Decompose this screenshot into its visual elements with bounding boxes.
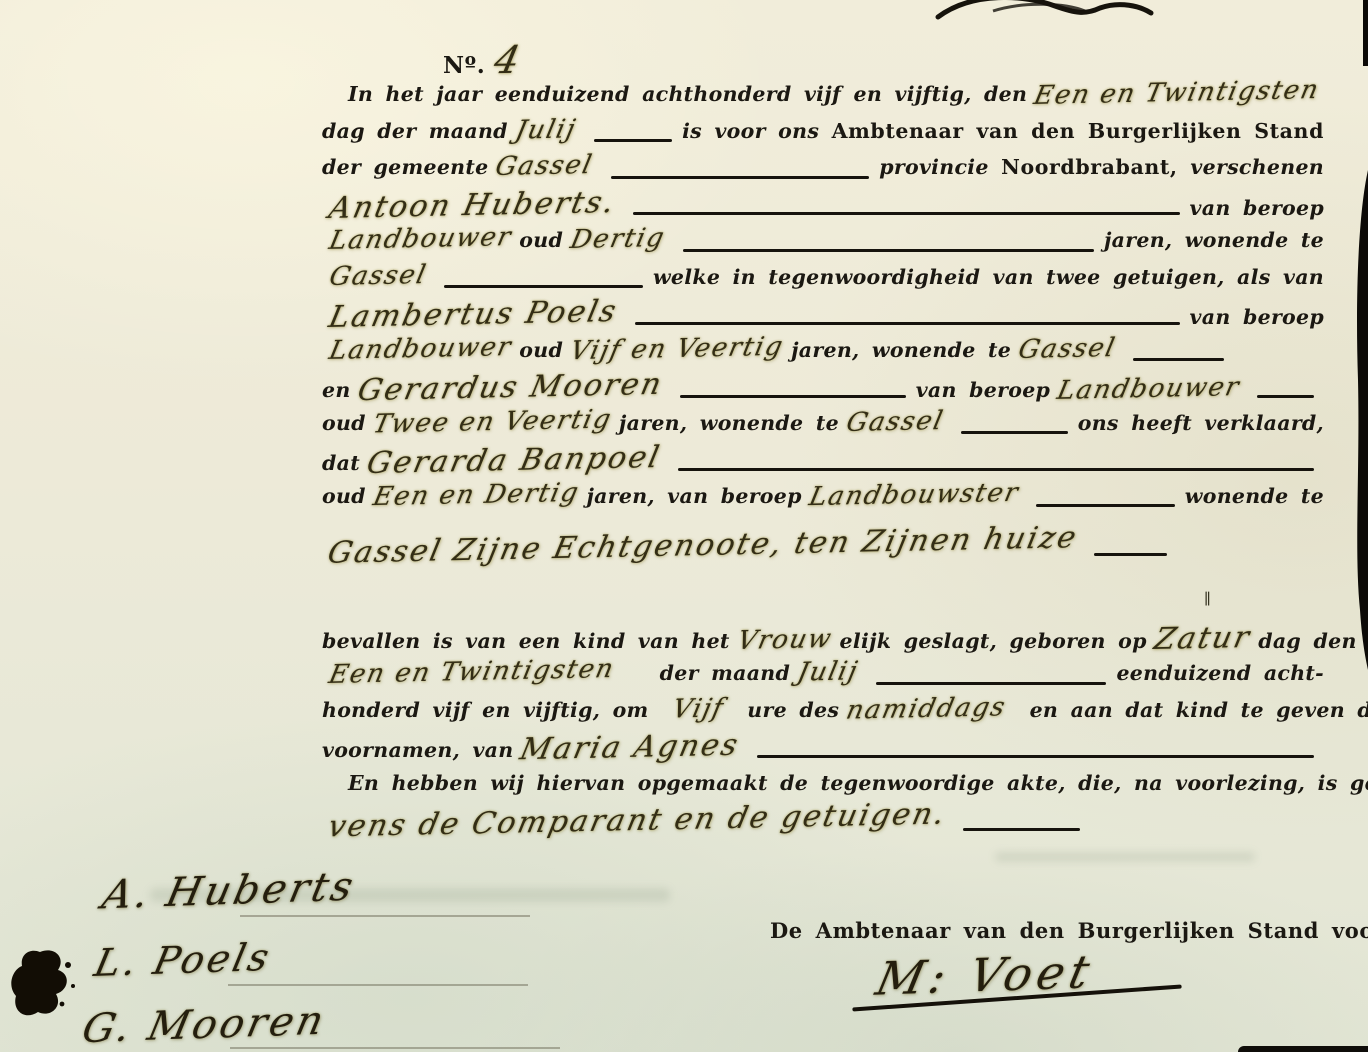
printed-text: welke in tegenwoordigheid van twee getui… <box>653 265 1324 289</box>
signature-baseline <box>240 915 530 917</box>
birth-certificate-scan: Nº. 4 ∥ In het jaar eenduizend achthonde… <box>0 0 1368 1052</box>
handwritten-daypart: namiddags <box>844 692 1009 725</box>
handwritten-residence: Gassel <box>844 405 947 437</box>
filler-rule <box>594 139 672 142</box>
filler-rule <box>1133 358 1223 361</box>
handwritten-spouse-clause: Gassel Zijne Echtgenoote, ten Zijnen hui… <box>325 520 1082 571</box>
printed-text: ure des <box>747 698 839 722</box>
act-line-18: En hebben wij hiervan opgemaakt de tegen… <box>322 767 1324 804</box>
filler-rule <box>1094 553 1167 556</box>
filler-rule <box>757 755 1314 758</box>
pen-flourish-icon <box>933 0 1158 22</box>
scan-edge-top-icon <box>1363 0 1368 66</box>
printed-text: elijk geslagt, geboren op <box>840 629 1147 653</box>
printed-text: dat <box>322 451 360 475</box>
registrar-signature: M: Voet <box>871 944 1099 1005</box>
printed-text: voornamen, van <box>322 738 513 762</box>
act-line-17: voornamen, van Maria Agnes <box>322 730 1324 767</box>
act-line-7: Lambertus Poels van beroep <box>322 297 1324 334</box>
filler-rule <box>678 468 1314 471</box>
signature-baseline <box>228 984 528 986</box>
filler-rule <box>961 431 1068 434</box>
handwritten-witness2-name: Gerardus Mooren <box>354 367 666 408</box>
filler-rule <box>444 285 643 288</box>
witness3-signature: G. Mooren <box>78 998 330 1052</box>
act-line-2: dag der maand Julij is voor ons Ambtenaa… <box>322 115 1324 152</box>
filler-rule <box>876 682 1106 685</box>
printed-text: wonende te <box>1185 484 1324 508</box>
printed-text: Ambtenaar van den Burgerlijken Stand <box>832 119 1324 143</box>
filler-rule <box>963 828 1080 831</box>
printed-text: eenduizend acht- <box>1116 661 1324 685</box>
act-line-9: en Gerardus Mooren van beroep Landbouwer <box>322 370 1324 407</box>
ink-blot-icon <box>10 944 82 1024</box>
act-line-6: Gassel welke in tegenwoordigheid van twe… <box>322 261 1324 298</box>
printed-text: der gemeente <box>322 155 488 179</box>
act-number: Nº. 4 <box>443 38 529 82</box>
bleed-through <box>995 852 1255 862</box>
printed-text: verschenen <box>1190 155 1324 179</box>
handwritten-municipality: Gassel <box>493 150 596 182</box>
act-line-5: Landbouwer oud Dertig jaren, wonende te <box>322 224 1324 261</box>
filler-rule <box>1257 395 1314 398</box>
printed-text: provincie <box>879 155 1001 179</box>
handwritten-declarant-name: Antoon Huberts. <box>326 185 619 226</box>
witness2-signature: L. Poels <box>91 935 276 985</box>
act-line-14: bevallen is van een kind van het Vrouw e… <box>322 621 1324 658</box>
printed-text: jaren, wonende te <box>1104 228 1324 252</box>
act-number-value: 4 <box>491 38 526 83</box>
printed-text: dag der maand <box>322 119 508 143</box>
handwritten-weekday: Zatur <box>1151 620 1254 657</box>
handwritten-hour: Vijf <box>669 693 726 724</box>
act-line-16: honderd vijf en vijftig, om Vijf ure des… <box>322 694 1324 731</box>
printed-text: In het jaar eenduizend achthonderd vijf … <box>348 82 1027 106</box>
act-line-19: vens de Comparant en de getuigen. <box>322 803 1324 840</box>
printed-text: dag den <box>1258 629 1356 653</box>
printed-text: der maand <box>660 661 791 685</box>
printed-text: jaren, wonende te <box>791 338 1011 362</box>
printed-text: is voor ons <box>682 119 832 143</box>
printed-text: en aan dat kind te geven de <box>1030 698 1368 722</box>
handwritten-profession: Landbouwer <box>326 332 514 366</box>
printed-text: bevallen is van een kind van het <box>322 629 730 653</box>
handwritten-witness1-name: Lambertus Poels <box>326 294 621 335</box>
printed-text: Noordbrabant, <box>1001 155 1190 179</box>
handwritten-mother-name: Gerarda Banpoel <box>364 440 664 481</box>
act-line-13: Gassel Zijne Echtgenoote, ten Zijnen hui… <box>322 528 1324 565</box>
act-number-label: Nº. <box>443 52 485 79</box>
printed-text: jaren, van beroep <box>586 484 801 508</box>
act-line-8: Landbouwer oud Vijf en Veertig jaren, wo… <box>322 334 1324 371</box>
handwritten-age: Een en Dertig <box>370 477 582 511</box>
printed-text: ons heeft verklaard, <box>1078 411 1324 435</box>
handwritten-residence: Gassel <box>1016 332 1119 364</box>
handwritten-age: Vijf en Veertig <box>567 331 786 365</box>
act-line-15: Een en Twintigsten der maand Julij eendu… <box>322 657 1324 694</box>
act-line-10: oud Twee en Veertig jaren, wonende te Ga… <box>322 407 1324 444</box>
printed-text: en <box>322 378 351 402</box>
act-line-3: der gemeente Gassel provincie Noordbraba… <box>322 151 1324 188</box>
printed-text: honderd vijf en vijftig, om <box>322 698 649 722</box>
handwritten-birth-month: Julij <box>795 656 861 687</box>
printed-text: van beroep <box>1190 196 1324 220</box>
printed-text: oud <box>322 411 366 435</box>
act-line-1: In het jaar eenduizend achthonderd vijf … <box>322 78 1324 115</box>
registrar-title: De Ambtenaar van den Burgerlijken Stand … <box>770 918 1368 943</box>
handwritten-month: Julij <box>513 114 579 145</box>
handwritten-child-names: Maria Agnes <box>517 728 743 768</box>
handwritten-profession: Landbouwer <box>1055 372 1243 406</box>
act-body: In het jaar eenduizend achthonderd vijf … <box>322 78 1324 840</box>
printed-text: oud <box>322 484 366 508</box>
printed-text: oud <box>519 338 563 362</box>
printed-text: oud <box>519 228 563 252</box>
handwritten-residence: Gassel <box>327 259 430 291</box>
filler-rule <box>683 249 1094 252</box>
printed-text: En hebben wij hiervan opgemaakt de tegen… <box>348 771 1368 795</box>
printed-text: jaren, wonende te <box>619 411 839 435</box>
handwritten-profession: Landbouwster <box>806 477 1022 511</box>
printed-text: van beroep <box>1190 305 1324 329</box>
handwritten-gender: Vrouw <box>734 624 835 656</box>
handwritten-closing: vens de Comparant en de getuigen. <box>325 797 950 845</box>
act-line-11: dat Gerarda Banpoel <box>322 443 1324 480</box>
act-line-4: Antoon Huberts. van beroep <box>322 188 1324 225</box>
handwritten-age: Dertig <box>568 223 668 255</box>
act-line-12: oud Een en Dertig jaren, van beroep Land… <box>322 480 1324 517</box>
witness1-signature: A. Huberts <box>98 864 360 919</box>
handwritten-profession: Landbouwer <box>326 222 514 256</box>
handwritten-age: Twee en Veertig <box>370 404 615 439</box>
filler-rule <box>633 212 1180 215</box>
filler-rule <box>611 176 869 179</box>
scan-edge-right-icon <box>1352 170 1368 670</box>
signature-baseline <box>230 1047 560 1049</box>
filler-rule <box>680 395 906 398</box>
printed-text: van beroep <box>916 378 1050 402</box>
handwritten-day: Een en Twintigsten <box>1031 75 1322 111</box>
scan-edge-bottom-icon <box>1238 1046 1368 1052</box>
filler-rule <box>635 322 1180 325</box>
filler-rule <box>1036 504 1175 507</box>
handwritten-birth-day: Een en Twintigsten <box>326 654 617 690</box>
